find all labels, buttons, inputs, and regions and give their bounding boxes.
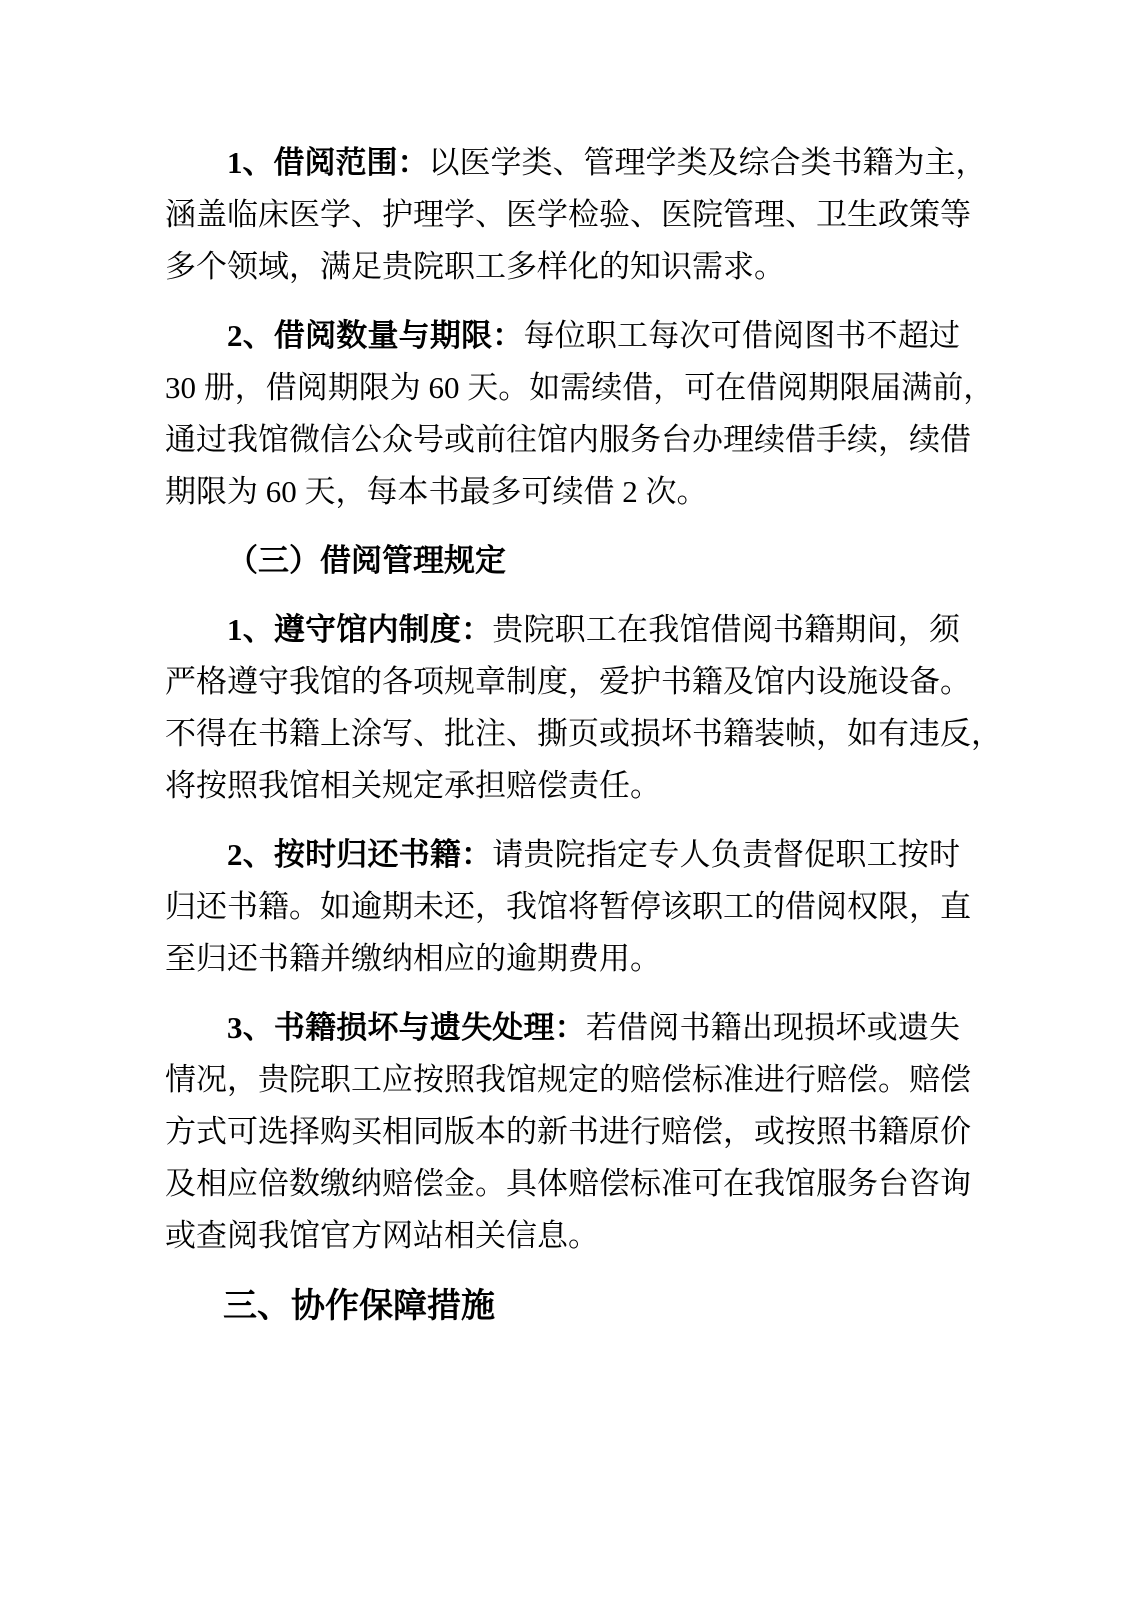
paragraph-damage-loss: 3、书籍损坏与遗失处理：若借阅书籍出现损坏或遗失 情况，贵院职工应按照我馆规定的… [165, 1002, 960, 1262]
paragraph-line: 2、借阅数量与期限：每位职工每次可借阅图书不超过 [165, 310, 960, 362]
paragraph-line: 2、按时归还书籍：请贵院指定专人负责督促职工按时 [165, 829, 960, 881]
item-label-borrow-quota: 2、借阅数量与期限： [227, 318, 523, 353]
paragraph-line: 通过我馆微信公众号或前往馆内服务台办理续借手续，续借 [165, 414, 960, 466]
paragraph-line: 多个领域，满足贵院职工多样化的知识需求。 [165, 241, 960, 293]
paragraph-line: 严格遵守我馆的各项规章制度，爱护书籍及馆内设施设备。 [165, 656, 960, 708]
item-label-timely-return: 2、按时归还书籍： [227, 837, 492, 872]
paragraph-line: 将按照我馆相关规定承担赔偿责任。 [165, 760, 960, 812]
paragraph-borrow-scope: 1、借阅范围：以医学类、管理学类及综合类书籍为主， 涵盖临床医学、护理学、医学检… [165, 137, 960, 293]
paragraph-text: 每位职工每次可借阅图书不超过 [523, 318, 960, 353]
paragraph-text: 贵院职工在我馆借阅书籍期间，须 [492, 612, 960, 647]
paragraph-line: 1、借阅范围：以医学类、管理学类及综合类书籍为主， [165, 137, 960, 189]
item-label-damage-loss: 3、书籍损坏与遗失处理： [227, 1010, 586, 1045]
paragraph-line: 3、书籍损坏与遗失处理：若借阅书籍出现损坏或遗失 [165, 1002, 960, 1054]
paragraph-line: 至归还书籍并缴纳相应的逾期费用。 [165, 933, 960, 985]
paragraph-borrow-quota: 2、借阅数量与期限：每位职工每次可借阅图书不超过 30 册，借阅期限为 60 天… [165, 310, 960, 518]
paragraph-line: 情况，贵院职工应按照我馆规定的赔偿标准进行赔偿。赔偿 [165, 1054, 960, 1106]
item-label-borrow-scope: 1、借阅范围： [227, 145, 429, 180]
paragraph-line: 归还书籍。如逾期未还，我馆将暂停该职工的借阅权限，直 [165, 881, 960, 933]
paragraph-line: 1、遵守馆内制度：贵院职工在我馆借阅书籍期间，须 [165, 604, 960, 656]
paragraph-line: 及相应倍数缴纳赔偿金。具体赔偿标准可在我馆服务台咨询 [165, 1158, 960, 1210]
paragraph-text: 若借阅书籍出现损坏或遗失 [586, 1010, 960, 1045]
paragraph-timely-return: 2、按时归还书籍：请贵院指定专人负责督促职工按时 归还书籍。如逾期未还，我馆将暂… [165, 829, 960, 985]
paragraph-line: 期限为 60 天，每本书最多可续借 2 次。 [165, 466, 960, 518]
paragraph-line: 30 册，借阅期限为 60 天。如需续借，可在借阅期限届满前， [165, 362, 960, 414]
paragraph-line: 涵盖临床医学、护理学、医学检验、医院管理、卫生政策等 [165, 189, 960, 241]
paragraph-text: 请贵院指定专人负责督促职工按时 [492, 837, 960, 872]
paragraph-text: 以医学类、管理学类及综合类书籍为主， [429, 145, 987, 180]
chapter-heading-cooperation-safeguards: 三、协作保障措施 [165, 1279, 960, 1333]
item-label-library-rules: 1、遵守馆内制度： [227, 612, 492, 647]
section-heading-borrow-management: （三）借阅管理规定 [165, 535, 960, 587]
paragraph-line: 或查阅我馆官方网站相关信息。 [165, 1210, 960, 1262]
paragraph-line: 方式可选择购买相同版本的新书进行赔偿，或按照书籍原价 [165, 1106, 960, 1158]
paragraph-line: 不得在书籍上涂写、批注、撕页或损坏书籍装帧，如有违反， [165, 708, 960, 760]
paragraph-library-rules: 1、遵守馆内制度：贵院职工在我馆借阅书籍期间，须 严格遵守我馆的各项规章制度，爱… [165, 604, 960, 812]
document-page: 1、借阅范围：以医学类、管理学类及综合类书籍为主， 涵盖临床医学、护理学、医学检… [0, 0, 1123, 1600]
